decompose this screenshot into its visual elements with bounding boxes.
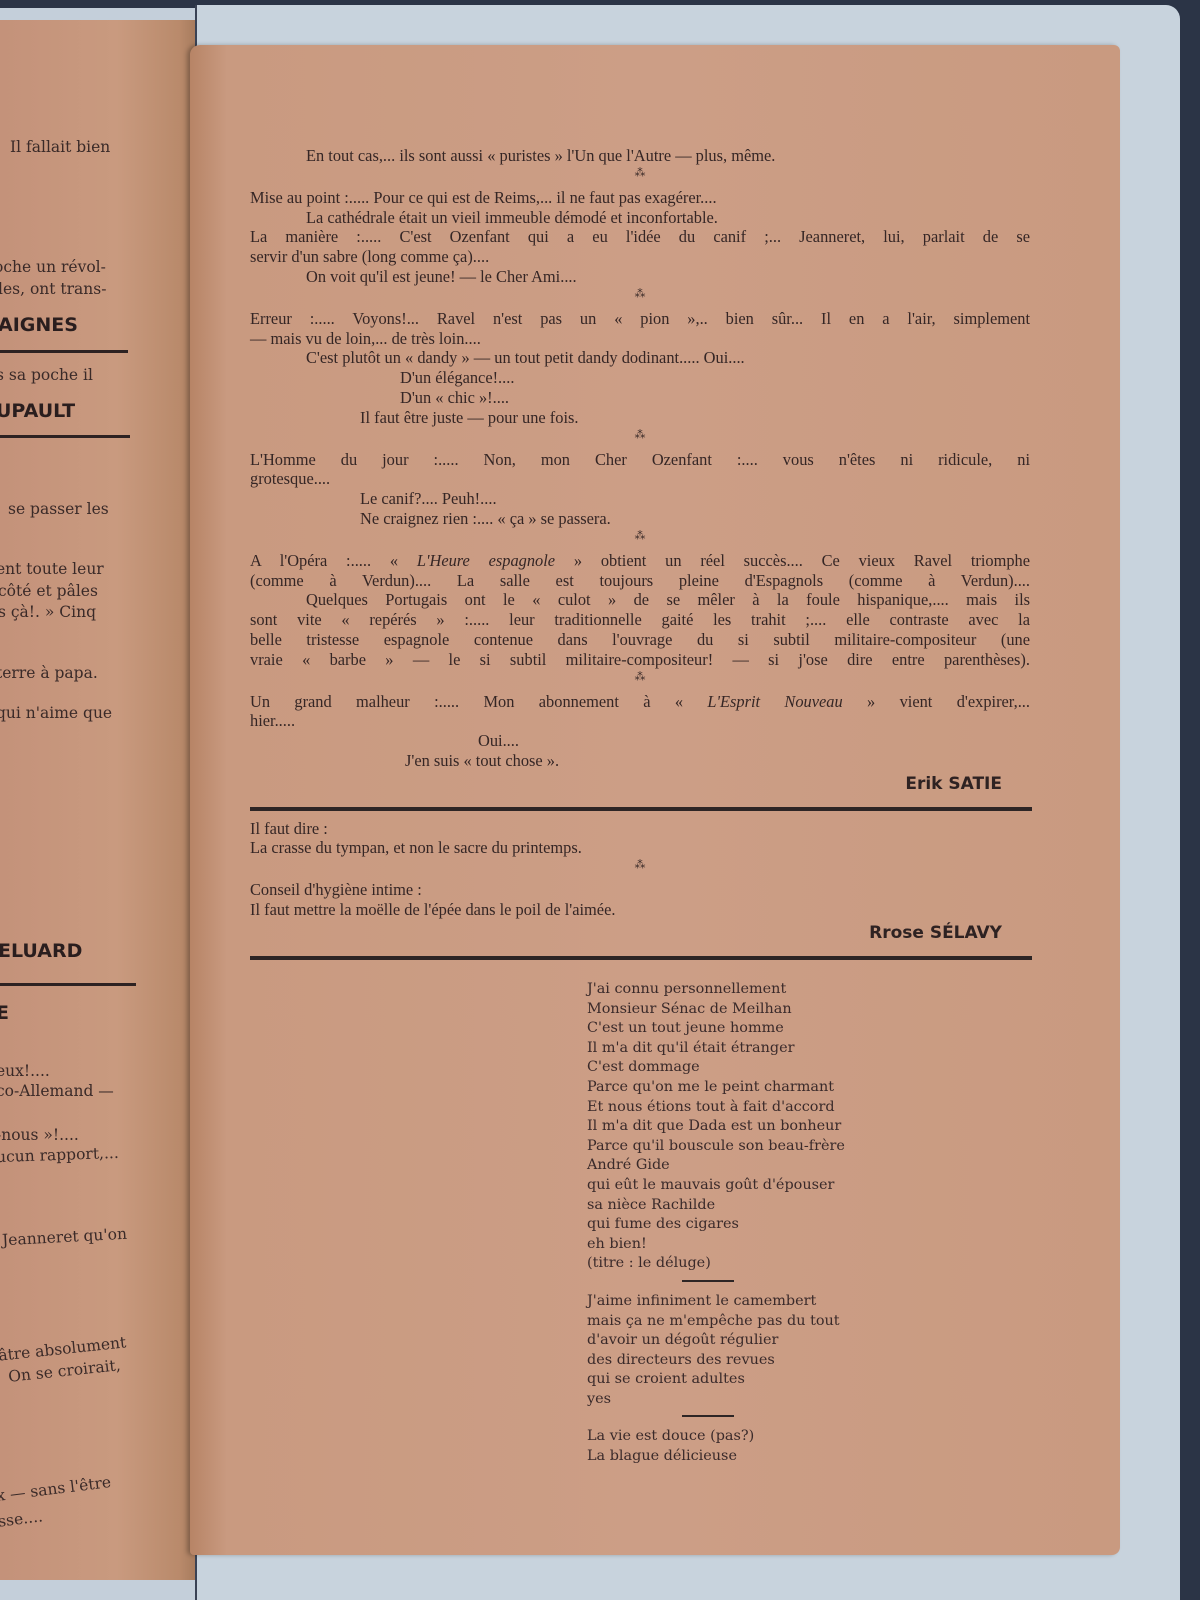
poem-line: qui fume des cigares	[587, 1215, 845, 1235]
text-line: L'Homme du jour :..... Non, mon Cher Oze…	[250, 450, 1030, 470]
poem-line: La blague délicieuse	[587, 1447, 845, 1467]
text-line: Mise au point :..... Pour ce qui est de …	[250, 188, 1030, 208]
text-line: Conseil d'hygiène intime :	[250, 880, 1030, 900]
left-text: ent toute leur	[0, 560, 104, 578]
text-line: Erreur :..... Voyons!... Ravel n'est pas…	[250, 309, 1030, 329]
poem-line: (titre : le déluge)	[587, 1254, 845, 1274]
left-heading: UPAULT	[0, 400, 75, 422]
poem-line: Monsieur Sénac de Meilhan	[587, 1000, 845, 1020]
poem-stanza: La vie est douce (pas?)La blague délicie…	[587, 1427, 845, 1466]
left-text: les, ont trans-	[0, 280, 106, 298]
stanza-rule	[682, 1415, 734, 1417]
left-text: co-Allemand —	[0, 1082, 114, 1100]
text-line: Oui....	[250, 731, 1030, 751]
left-text: x — sans l'être	[0, 1473, 112, 1505]
text-line: (comme à Verdun).... La salle est toujou…	[250, 571, 1030, 591]
left-text: oche un révol-	[0, 258, 106, 276]
opera-title: L'Heure espagnole	[417, 551, 555, 570]
text-line: La manière :..... C'est Ozenfant qui a e…	[250, 227, 1030, 247]
poem-line: J'aime infiniment le camembert	[587, 1292, 845, 1312]
left-text: -nous »!....	[0, 1126, 79, 1144]
left-text: ucun rapport,...	[0, 1144, 119, 1166]
left-text: Jeanneret qu'on	[2, 1225, 128, 1250]
text-line: La crasse du tympan, et non le sacre du …	[250, 838, 1030, 858]
poem-stanza: J'aime infiniment le camembertmais ça ne…	[587, 1292, 845, 1410]
poem-line: d'avoir un dégoût régulier	[587, 1331, 845, 1351]
poem-stanza: J'ai connu personnellementMonsieur Sénac…	[587, 980, 845, 1274]
left-text: terre à papa.	[0, 664, 98, 682]
text-line: Un grand malheur :..... Mon abonnement à…	[250, 692, 1030, 712]
signature-selavy: Rrose SÉLAVY	[250, 924, 1030, 944]
asterism-separator: ⁂	[250, 529, 1030, 551]
text-line: hier.....	[250, 711, 1030, 731]
stanza-rule	[682, 1280, 734, 1282]
poem-line: C'est dommage	[587, 1058, 845, 1078]
section-rule	[250, 956, 1032, 960]
satie-article: En tout cas,... ils sont aussi « puriste…	[250, 146, 1030, 968]
left-text: s çà!. » Cinq	[0, 603, 96, 621]
left-text: sse....	[0, 1507, 44, 1530]
asterism-separator: ⁂	[250, 670, 1030, 692]
text-line: D'un « chic »!....	[250, 388, 1030, 408]
text-line: On voit qu'il est jeune! — le Cher Ami..…	[250, 267, 1030, 287]
text-line: A l'Opéra :..... « L'Heure espagnole » o…	[250, 551, 1030, 571]
poem-line: André Gide	[587, 1156, 845, 1176]
left-text: côté et pâles	[0, 582, 98, 600]
text-line: La cathédrale était un vieil immeuble dé…	[250, 208, 1030, 228]
asterism-separator: ⁂	[250, 858, 1030, 880]
text-line: belle tristesse espagnole contenue dans …	[250, 630, 1030, 650]
section-rule	[250, 807, 1032, 811]
left-text: s sa poche il	[0, 366, 93, 384]
poem-line: Il m'a dit qu'il était étranger	[587, 1039, 845, 1059]
text-line: J'en suis « tout chose ».	[250, 751, 1030, 771]
left-page: Il fallait bien oche un révol- les, ont …	[0, 20, 195, 1580]
text-line: C'est plutôt un « dandy » — un tout peti…	[250, 348, 1030, 368]
poem-line: mais ça ne m'empêche pas du tout	[587, 1312, 845, 1332]
left-text: se passer les	[8, 500, 109, 518]
poem-line: des directeurs des revues	[587, 1351, 845, 1371]
text-line: Le canif?.... Peuh!....	[250, 489, 1030, 509]
poem-line: La vie est douce (pas?)	[587, 1427, 845, 1447]
left-text: Il fallait bien	[10, 138, 110, 156]
left-heading: E	[0, 1002, 9, 1024]
poem-line: J'ai connu personnellement	[587, 980, 845, 1000]
text-line: Il faut dire :	[250, 819, 1030, 839]
poem-line: C'est un tout jeune homme	[587, 1019, 845, 1039]
text-line: Il faut mettre la moëlle de l'épée dans …	[250, 900, 1030, 920]
journal-title: L'Esprit Nouveau	[707, 692, 842, 711]
poem-line: Parce qu'on me le peint charmant	[587, 1078, 845, 1098]
poem-line: eh bien!	[587, 1235, 845, 1255]
poem-line: yes	[587, 1390, 845, 1410]
left-rule	[0, 435, 130, 438]
text-line: grotesque....	[250, 469, 1030, 489]
text-line: En tout cas,... ils sont aussi « puriste…	[250, 146, 1030, 166]
poem-line: sa nièce Rachilde	[587, 1196, 845, 1216]
left-heading: ELUARD	[0, 940, 82, 962]
poem-line: qui se croient adultes	[587, 1370, 845, 1390]
text-line: servir d'un sabre (long comme ça)....	[250, 247, 1030, 267]
asterism-separator: ⁂	[250, 166, 1030, 188]
text-line: Il faut être juste — pour une fois.	[250, 408, 1030, 428]
left-text: qui n'aime que	[0, 704, 112, 722]
left-rule	[0, 983, 136, 986]
text-line: vraie « barbe » — le si subtil militaire…	[250, 650, 1030, 670]
text-line: Ne craignez rien :.... « ça » se passera…	[250, 509, 1030, 529]
text-line: Quelques Portugais ont le « culot » de s…	[250, 590, 1030, 610]
poem-line: qui eût le mauvais goût d'épouser	[587, 1176, 845, 1196]
poem-line: Parce qu'il bouscule son beau-frère	[587, 1137, 845, 1157]
left-heading: AIGNES	[0, 314, 78, 336]
text-line: D'un élégance!....	[250, 368, 1030, 388]
text-line: sont vite « repérés » :..... leur tradit…	[250, 610, 1030, 630]
left-rule	[0, 350, 128, 353]
poem: J'ai connu personnellementMonsieur Sénac…	[587, 980, 845, 1467]
asterism-separator: ⁂	[250, 428, 1030, 450]
signature-satie: Erik SATIE	[250, 775, 1030, 795]
poem-line: Il m'a dit que Dada est un bonheur	[587, 1117, 845, 1137]
left-text: eux!....	[0, 1062, 50, 1080]
text-line: — mais vu de loin,... de très loin....	[250, 329, 1030, 349]
poem-line: Et nous étions tout à fait d'accord	[587, 1098, 845, 1118]
asterism-separator: ⁂	[250, 287, 1030, 309]
